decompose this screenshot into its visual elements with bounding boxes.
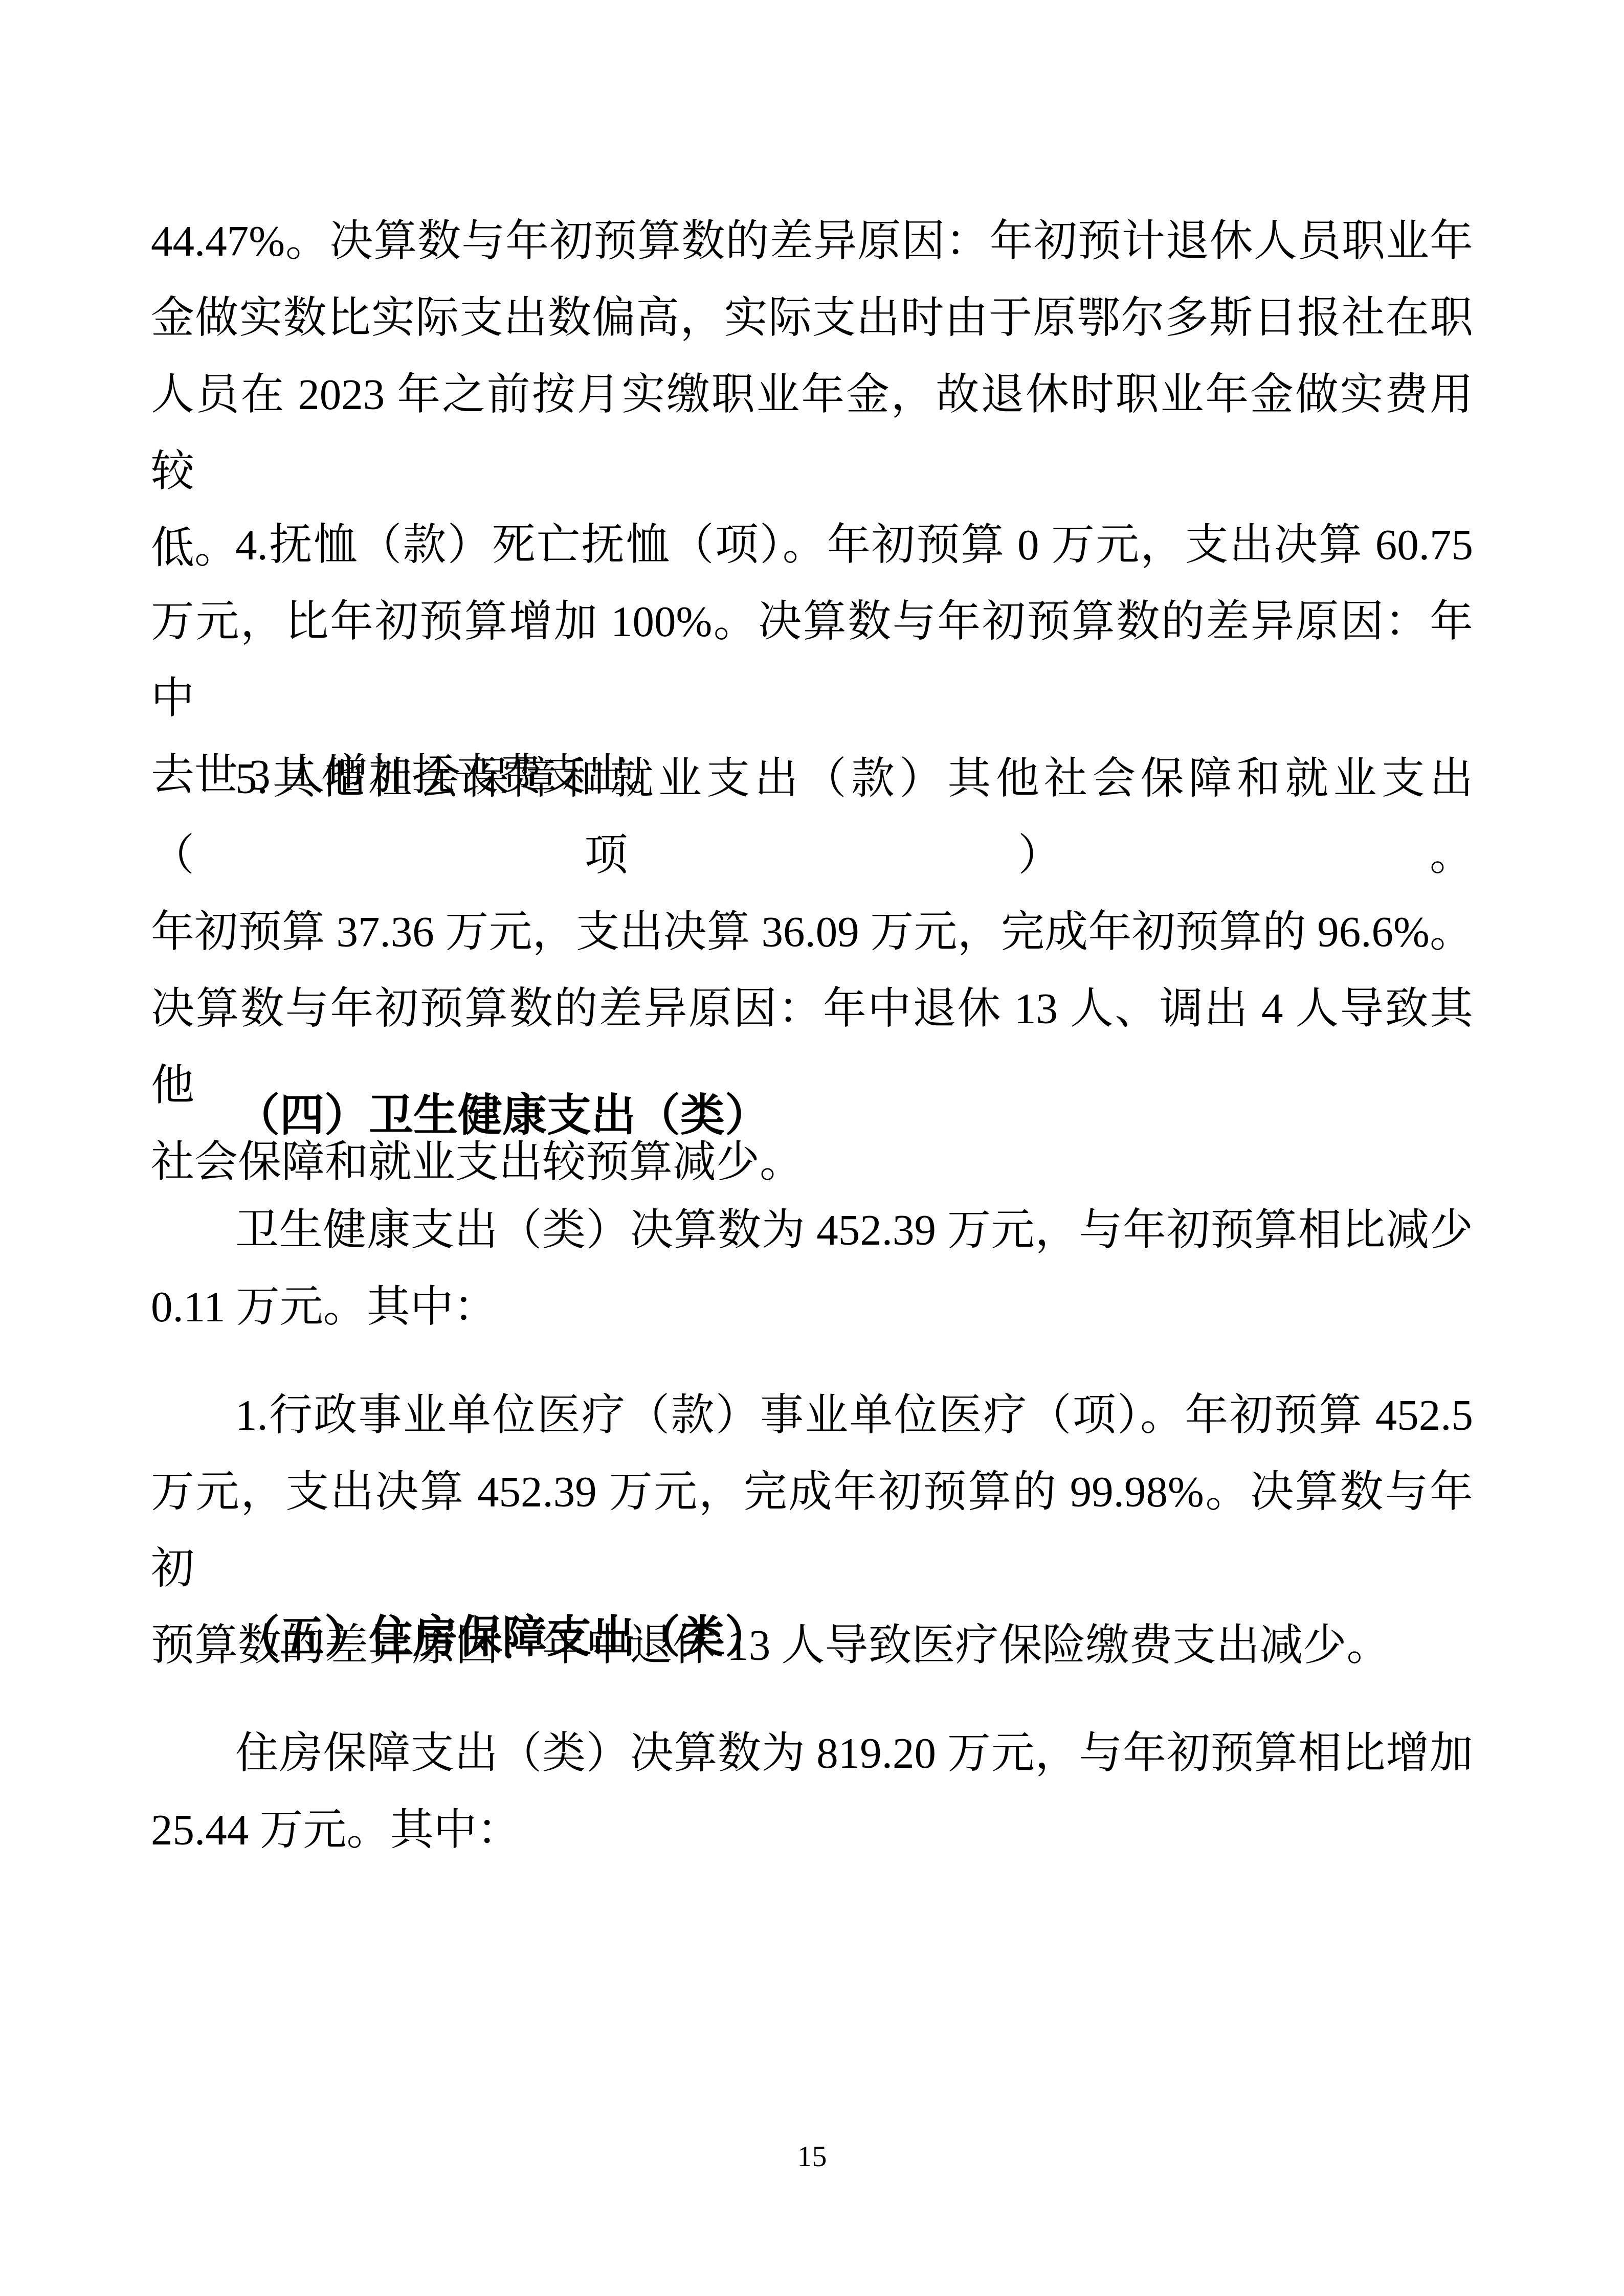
heading-text: （四）卫生健康支出（类）	[151, 1077, 1473, 1154]
paragraph-housing-summary: 住房保障支出（类）决算数为 819.20 万元，与年初预算相比增加 25.44 …	[151, 1715, 1473, 1869]
text-line: 1.行政事业单位医疗（款）事业单位医疗（项）。年初预算 452.5	[151, 1377, 1473, 1454]
heading-text: （五）住房保障支出（类）	[151, 1599, 1473, 1676]
text-line: 人员在 2023 年之前按月实缴职业年金，故退休时职业年金做实费用较	[151, 356, 1473, 510]
page-number: 15	[0, 2136, 1624, 2177]
section-heading-5-housing: （五）住房保障支出（类）	[151, 1599, 1473, 1676]
text-line: 住房保障支出（类）决算数为 819.20 万元，与年初预算相比增加	[151, 1715, 1473, 1792]
text-line: 44.47%。决算数与年初预算数的差异原因：年初预计退休人员职业年	[151, 203, 1473, 280]
text-line: 年初预算 37.36 万元，支出决算 36.09 万元，完成年初预算的 96.6…	[151, 894, 1473, 971]
text-line: 5.其他社会保障和就业支出（款）其他社会保障和就业支出（项）。	[151, 740, 1473, 894]
text-line: 4.抚恤（款）死亡抚恤（项）。年初预算 0 万元，支出决算 60.75	[151, 507, 1473, 583]
text-line: 万元，支出决算 452.39 万元，完成年初预算的 99.98%。决算数与年初	[151, 1454, 1473, 1607]
text-line: 卫生健康支出（类）决算数为 452.39 万元，与年初预算相比减少	[151, 1192, 1473, 1269]
document-page: 44.47%。决算数与年初预算数的差异原因：年初预计退休人员职业年 金做实数比实…	[0, 0, 1624, 2296]
text-line: 金做实数比实际支出数偏高，实际支出时由于原鄂尔多斯日报社在职	[151, 280, 1473, 356]
text-line: 万元，比年初预算增加 100%。决算数与年初预算数的差异原因：年中	[151, 583, 1473, 737]
paragraph-health-summary: 卫生健康支出（类）决算数为 452.39 万元，与年初预算相比减少 0.11 万…	[151, 1192, 1473, 1345]
text-line: 25.44 万元。其中：	[151, 1792, 1473, 1869]
text-line: 0.11 万元。其中：	[151, 1269, 1473, 1345]
section-heading-4-health: （四）卫生健康支出（类）	[151, 1077, 1473, 1154]
